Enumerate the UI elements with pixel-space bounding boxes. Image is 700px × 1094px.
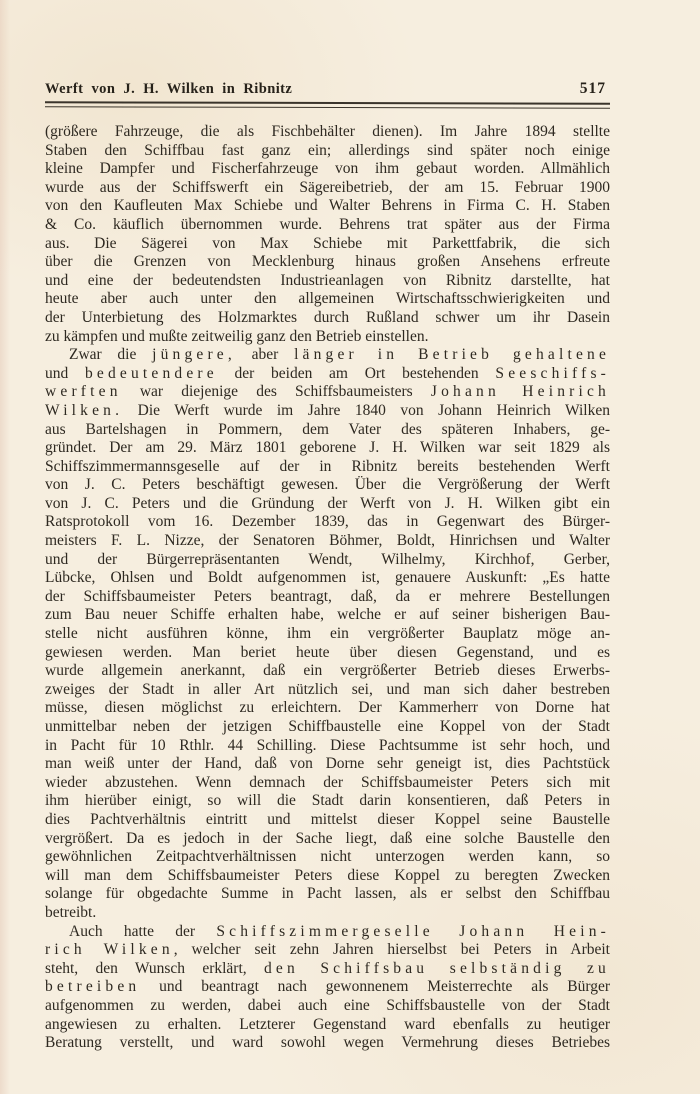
text-line: der Unterbietung des Holzmarktes durch R… xyxy=(45,309,610,328)
text-segment: Zwar die xyxy=(69,346,152,363)
text-segment: wurde allgemein anerkannt, daß ein vergr… xyxy=(45,662,610,679)
text-segment: angewiesen zu erhalten. Letzterer Gegens… xyxy=(45,1016,610,1033)
text-line: angewiesen zu erhalten. Letzterer Gegens… xyxy=(45,1016,610,1035)
text-line: wurde allgemein anerkannt, daß ein vergr… xyxy=(45,662,610,681)
text-segment: & Co. käuflich übernommen wurde. Behrens… xyxy=(45,216,610,233)
page-number: 517 xyxy=(580,80,610,98)
text-segment: und eine der bedeutendsten Industrieanla… xyxy=(45,272,610,289)
text-line: Staben den Schiffbau fast ganz ein; alle… xyxy=(45,142,610,161)
text-segment: man weiß unter der Hand, daß von Dorne s… xyxy=(45,755,610,772)
text-segment: aufgenommen zu werden, dabei auch eine S… xyxy=(45,997,610,1014)
text-line: und eine der bedeutendsten Industrieanla… xyxy=(45,272,610,291)
text-line: Ratsprotokoll vom 16. Dezember 1839, das… xyxy=(45,513,610,532)
text-segment: über die Grenzen von Mecklenburg hinaus … xyxy=(45,253,610,270)
text-segment: wieder abzustehen. Wenn demnach der Schi… xyxy=(45,774,610,791)
text-segment: unmittelbar neben der jetzigen Schiffbau… xyxy=(45,718,610,735)
text-line: werften war diejenige des Schiffsbaumeis… xyxy=(45,383,610,402)
text-line: & Co. käuflich übernommen wurde. Behrens… xyxy=(45,216,610,235)
page-header: Werft von J. H. Wilken in Ribnitz 517 xyxy=(45,80,610,98)
text-line: aus Bartelshagen in Pommern, dem Vater d… xyxy=(45,421,610,440)
text-segment: und beantragt nach gewonnenem Meisterrec… xyxy=(140,978,610,995)
text-line: aufgenommen zu werden, dabei auch eine S… xyxy=(45,997,610,1016)
text-segment: der Schiffsbaumeister Peters beantragt, … xyxy=(45,588,610,605)
letterspaced-text: betreiben xyxy=(45,978,140,995)
text-segment: und xyxy=(45,365,85,382)
text-line: gewöhnlichen Zeitpachtverhältnissen nich… xyxy=(45,848,610,867)
letterspaced-text: den Schiffsbau selbständig zu xyxy=(264,960,610,977)
text-segment: Beratung verstellt, und ward sowohl wege… xyxy=(45,1034,610,1051)
text-line: von den Kaufleuten Max Schiebe und Walte… xyxy=(45,197,610,216)
letterspaced-text: rich Wilken xyxy=(45,941,174,958)
text-line: wieder abzustehen. Wenn demnach der Schi… xyxy=(45,774,610,793)
text-line: und bedeutendere der beiden am Ort beste… xyxy=(45,365,610,384)
text-line: zweiges der Stadt in aller Art nützlich … xyxy=(45,681,610,700)
letterspaced-text: Johann Heinrich xyxy=(431,383,610,400)
text-line: Zwar die jüngere, aber länger in Betrieb… xyxy=(45,346,610,365)
text-line: betreibt. xyxy=(45,904,610,923)
text-segment: zum Bau neuer Schiffe erhalten habe, wel… xyxy=(45,606,610,623)
text-line: gewiesen werden. Man beriet heute über d… xyxy=(45,644,610,663)
text-line: Auch hatte der Schiffszimmergeselle Joha… xyxy=(45,923,610,942)
text-line: solange für obgedachte Summe in Pacht la… xyxy=(45,885,610,904)
text-segment: will man dem Schiffsbaumeister Peters di… xyxy=(45,867,610,884)
text-segment: gewöhnlichen Zeitpachtverhältnissen nich… xyxy=(45,848,610,865)
text-line: ihm hierüber einigt, so will die Stadt d… xyxy=(45,792,610,811)
text-line: kleine Dampfer und Fischerfahrzeuge von … xyxy=(45,160,610,179)
text-segment: Die Werft wurde im Jahre 1840 von Johann… xyxy=(123,402,610,419)
letterspaced-text: Seeschiffs- xyxy=(495,365,610,382)
text-segment: wurde aus der Schiffswerft ein Sägereibe… xyxy=(45,179,610,196)
text-line: Lübcke, Ohlsen und Boldt aufgenommen ist… xyxy=(45,569,610,588)
text-segment: aus Bartelshagen in Pommern, dem Vater d… xyxy=(45,421,610,438)
text-segment: kleine Dampfer und Fischerfahrzeuge von … xyxy=(45,160,610,177)
text-segment: aber xyxy=(236,346,294,363)
text-segment: Ratsprotokoll vom 16. Dezember 1839, das… xyxy=(45,513,610,530)
text-segment: dies Pachtverhältnis eintritt und mittel… xyxy=(45,811,610,828)
text-segment: steht, den Wunsch erklärt, xyxy=(45,960,264,977)
text-line: will man dem Schiffsbaumeister Peters di… xyxy=(45,867,610,886)
text-line: wurde aus der Schiffswerft ein Sägereibe… xyxy=(45,179,610,198)
text-line: vergrößert. Da es jedoch in der Sache li… xyxy=(45,830,610,849)
text-line: von J. C. Peters beschäftigt gewesen. Üb… xyxy=(45,476,610,495)
text-line: über die Grenzen von Mecklenburg hinaus … xyxy=(45,253,610,272)
text-line: man weiß unter der Hand, daß von Dorne s… xyxy=(45,755,610,774)
text-line: zu kämpfen und mußte zeitweilig ganz den… xyxy=(45,328,610,347)
text-segment: zweiges der Stadt in aller Art nützlich … xyxy=(45,681,610,698)
text-segment: solange für obgedachte Summe in Pacht la… xyxy=(45,885,610,902)
text-line: Schiffszimmermannsgeselle auf der in Rib… xyxy=(45,458,610,477)
text-segment: Schiffszimmermannsgeselle auf der in Rib… xyxy=(45,458,610,475)
header-rule xyxy=(45,101,610,108)
text-line: dies Pachtverhältnis eintritt und mittel… xyxy=(45,811,610,830)
text-segment: zu kämpfen und mußte zeitweilig ganz den… xyxy=(45,328,429,345)
text-line: in Pacht für 10 Rthlr. 44 Schilling. Die… xyxy=(45,737,610,756)
letterspaced-text: werften xyxy=(45,383,122,400)
text-line: zum Bau neuer Schiffe erhalten habe, wel… xyxy=(45,606,610,625)
text-segment: von den Kaufleuten Max Schiebe und Walte… xyxy=(45,197,610,214)
text-line: gründet. Der am 29. März 1801 geborene J… xyxy=(45,439,610,458)
text-line: rich Wilken, welcher seit zehn Jahren hi… xyxy=(45,941,610,960)
text-segment: war diejenige des Schiffsbaumeisters xyxy=(122,383,431,400)
letterspaced-text: bedeutendere xyxy=(85,365,218,382)
page-body-text: (größere Fahrzeuge, die als Fischbehälte… xyxy=(45,123,610,1053)
text-segment: in Pacht für 10 Rthlr. 44 Schilling. Die… xyxy=(45,737,610,754)
text-line: unmittelbar neben der jetzigen Schiffbau… xyxy=(45,718,610,737)
text-segment: von J. C. Peters beschäftigt gewesen. Üb… xyxy=(45,476,610,493)
text-line: meisters F. L. Nizze, der Senatoren Böhm… xyxy=(45,532,610,551)
text-segment: heute aber auch unter den allgemeinen Wi… xyxy=(45,290,610,307)
text-line: betreiben und beantragt nach gewonnenem … xyxy=(45,978,610,997)
text-line: (größere Fahrzeuge, die als Fischbehälte… xyxy=(45,123,610,142)
text-line: aus. Die Sägerei von Max Schiebe mit Par… xyxy=(45,235,610,254)
book-page: Werft von J. H. Wilken in Ribnitz 517 (g… xyxy=(0,0,700,1094)
text-segment: von J. C. Peters und die Gründung der We… xyxy=(45,495,610,512)
text-line: heute aber auch unter den allgemeinen Wi… xyxy=(45,290,610,309)
text-segment: und der Bürgerrepräsentanten Wendt, Wilh… xyxy=(45,551,610,568)
text-segment: aus. Die Sägerei von Max Schiebe mit Par… xyxy=(45,235,610,252)
text-line: stelle nicht ausführen könne, ihm ein ve… xyxy=(45,625,610,644)
text-segment: Lübcke, Ohlsen und Boldt aufgenommen ist… xyxy=(45,569,610,586)
text-line: und der Bürgerrepräsentanten Wendt, Wilh… xyxy=(45,551,610,570)
text-segment: (größere Fahrzeuge, die als Fischbehälte… xyxy=(45,123,610,140)
text-segment: vergrößert. Da es jedoch in der Sache li… xyxy=(45,830,610,847)
text-segment: , welcher seit zehn Jahren hierselbst be… xyxy=(174,941,610,958)
text-segment: gründet. Der am 29. März 1801 geborene J… xyxy=(45,439,610,456)
text-segment: ihm hierüber einigt, so will die Stadt d… xyxy=(45,792,610,809)
text-segment: Staben den Schiffbau fast ganz ein; alle… xyxy=(45,142,610,159)
text-line: Beratung verstellt, und ward sowohl wege… xyxy=(45,1034,610,1053)
text-line: von J. C. Peters und die Gründung der We… xyxy=(45,495,610,514)
text-segment: stelle nicht ausführen könne, ihm ein ve… xyxy=(45,625,610,642)
letterspaced-text: Schiffszimmergeselle Johann Hein- xyxy=(216,923,610,940)
text-segment: meisters F. L. Nizze, der Senatoren Böhm… xyxy=(45,532,610,549)
letterspaced-text: jüngere, xyxy=(152,346,236,363)
text-segment: betreibt. xyxy=(45,904,96,921)
running-title: Werft von J. H. Wilken in Ribnitz xyxy=(45,81,292,98)
letterspaced-text: Wilken. xyxy=(45,402,123,419)
text-segment: der beiden am Ort bestehenden xyxy=(218,365,496,382)
text-segment: Auch hatte der xyxy=(69,923,216,940)
text-segment: müsse, diesen möglichst zu erleichtern. … xyxy=(45,699,610,716)
text-line: der Schiffsbaumeister Peters beantragt, … xyxy=(45,588,610,607)
text-segment: der Unterbietung des Holzmarktes durch R… xyxy=(45,309,610,326)
text-line: Wilken. Die Werft wurde im Jahre 1840 vo… xyxy=(45,402,610,421)
text-line: müsse, diesen möglichst zu erleichtern. … xyxy=(45,699,610,718)
letterspaced-text: länger in Betrieb gehaltene xyxy=(294,346,610,363)
text-line: steht, den Wunsch erklärt, den Schiffsba… xyxy=(45,960,610,979)
text-segment: gewiesen werden. Man beriet heute über d… xyxy=(45,644,610,661)
